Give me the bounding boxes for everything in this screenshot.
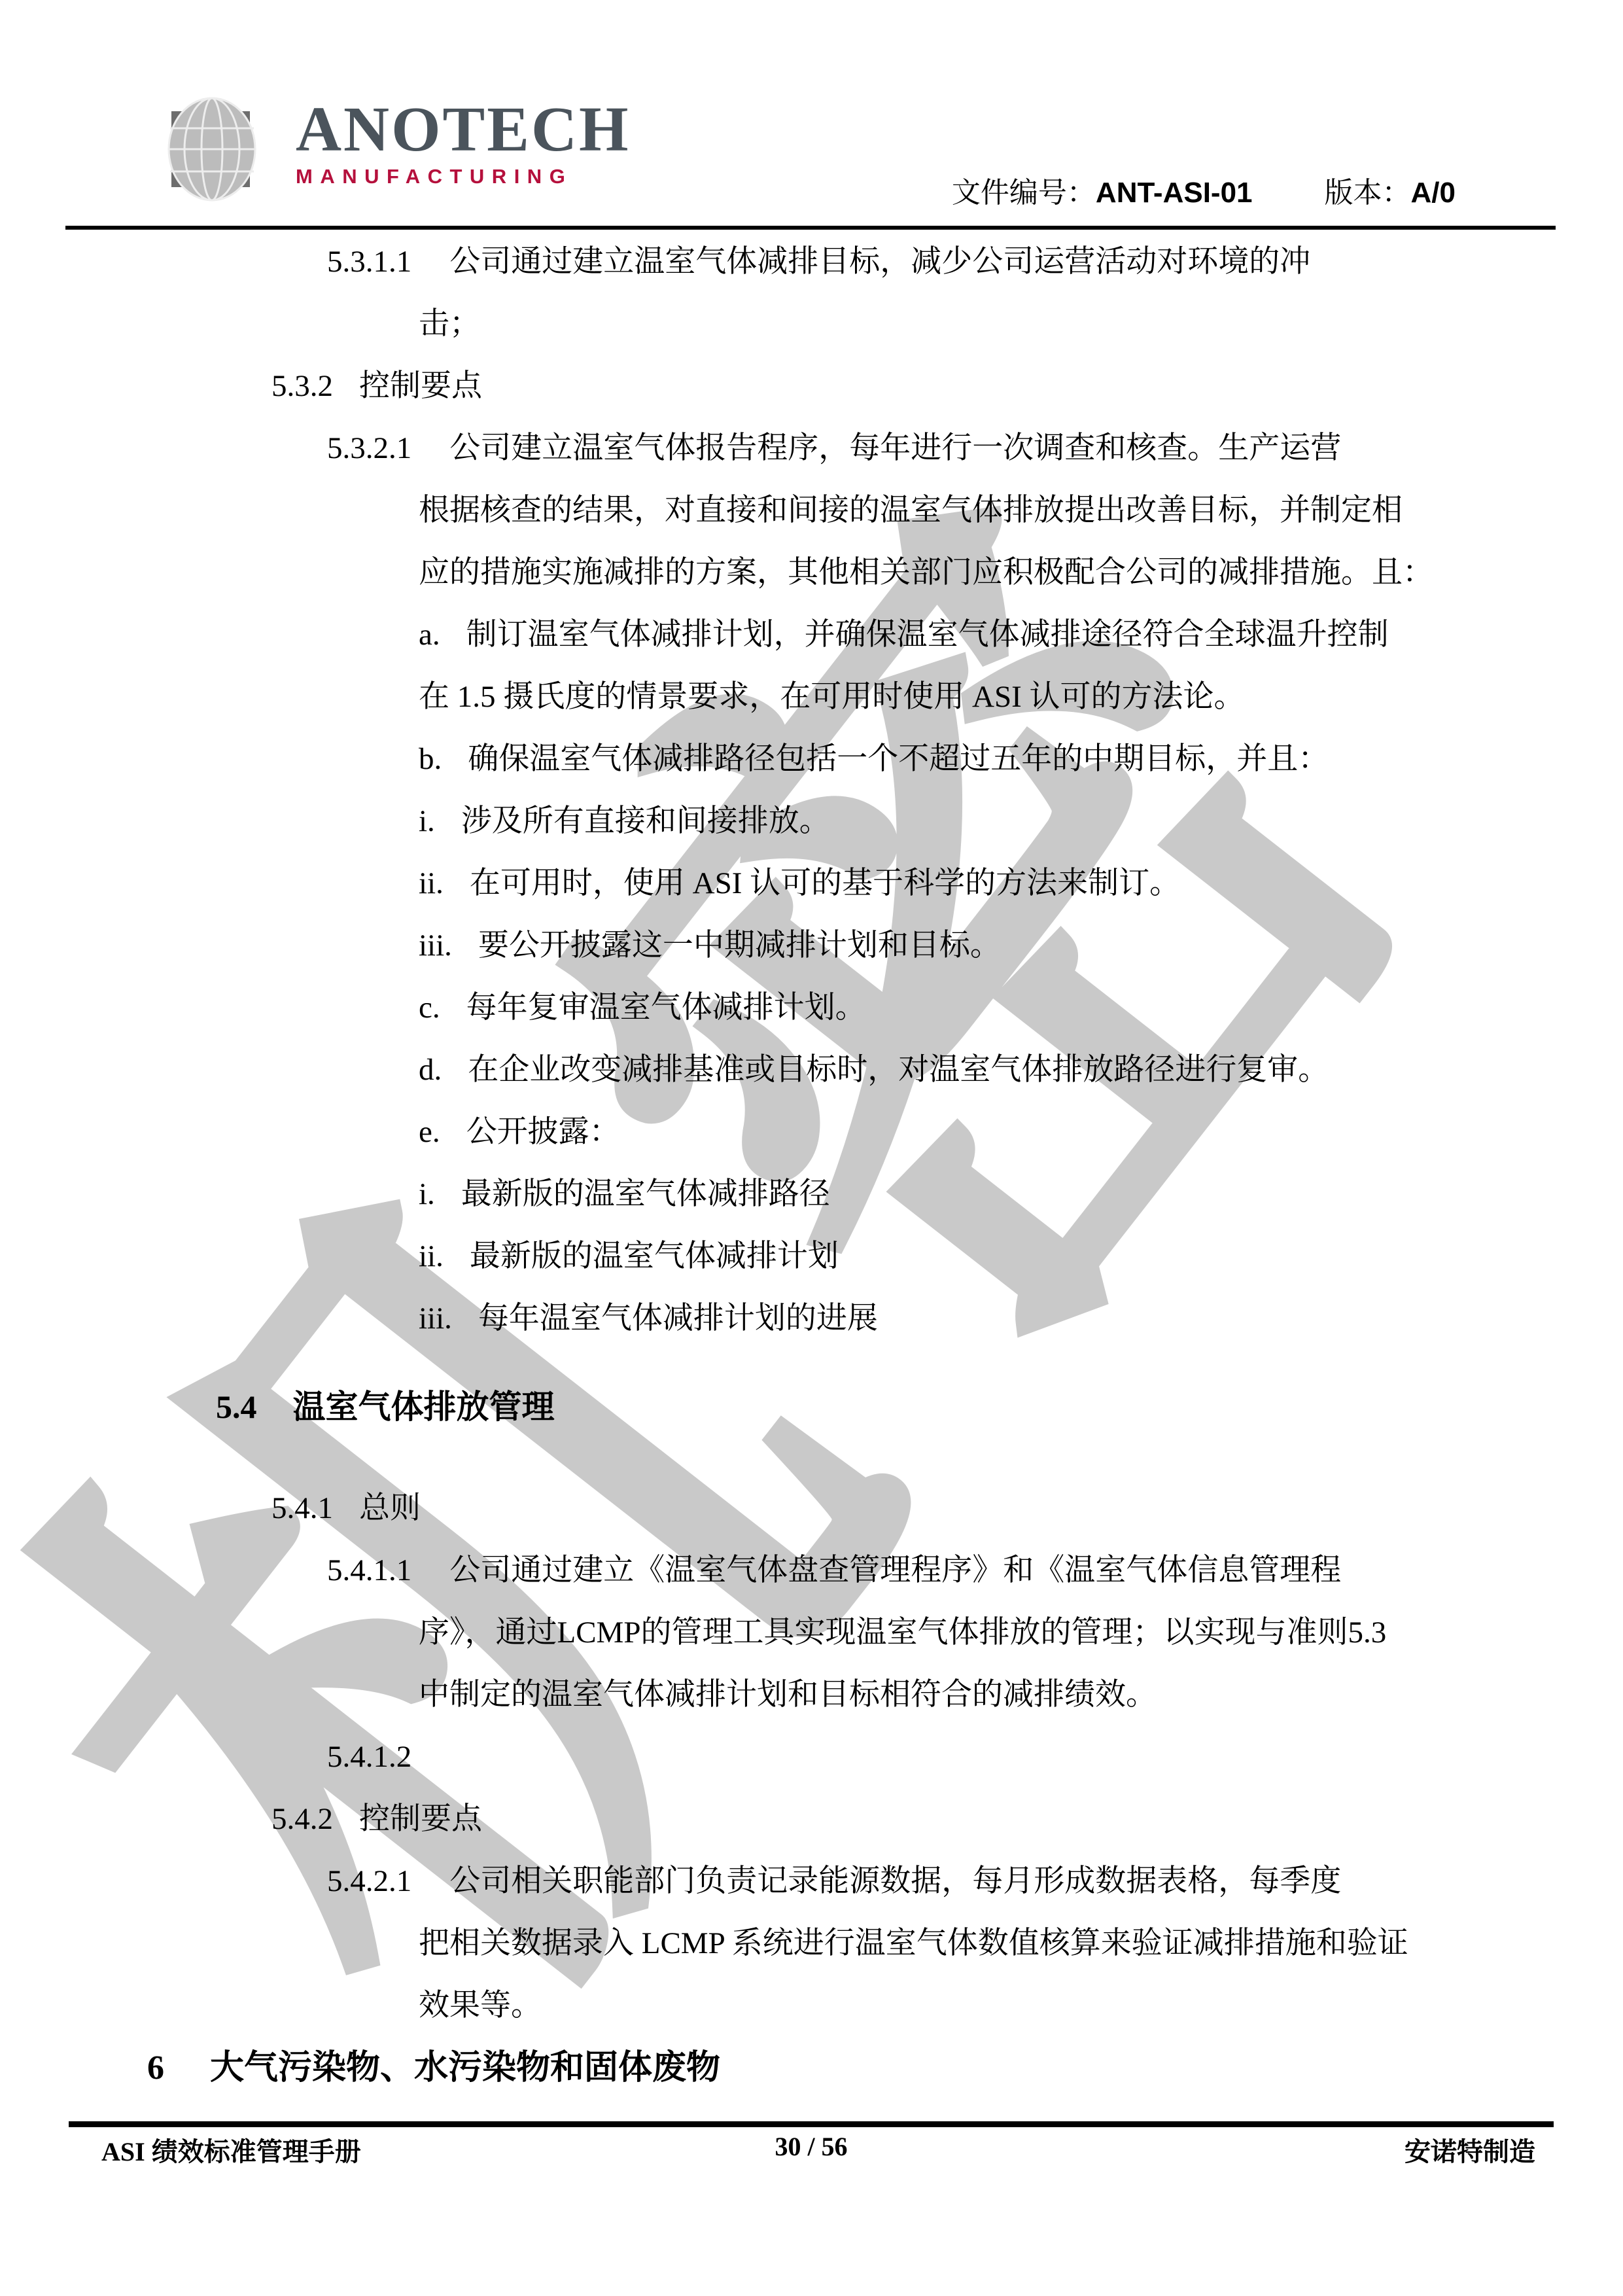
paragraph-first-line: ii.最新版的温室气体减排计划 bbox=[419, 1226, 1623, 1288]
paragraph-iii.: iii.每年温室气体减排计划的进展 bbox=[419, 1288, 1623, 1350]
paragraph-i.: i.涉及所有直接和间接排放。 bbox=[419, 790, 1623, 853]
paragraph-first-line: 6大气污染物、水污染物和固体废物 bbox=[147, 2037, 1623, 2099]
page-header: ANOTECH MANUFACTURING 文件编号：ANT-ASI-01版本：… bbox=[0, 0, 1623, 230]
paragraph-first-line: d.在企业改变减排基准或目标时，对温室气体排放路径进行复审。 bbox=[419, 1039, 1623, 1101]
logo-brand-name: ANOTECH bbox=[296, 96, 630, 164]
item-number: 5.4.1.1 bbox=[327, 1540, 411, 1602]
footer-page-number: 30 / 56 bbox=[775, 2131, 847, 2162]
paragraph-5.4.1.1: 5.4.1.1公司通过建立《温室气体盘查管理程序》和《温室气体信息管理程序》，通… bbox=[327, 1540, 1623, 1726]
paragraph-first-line: c.每年复审温室气体减排计划。 bbox=[419, 977, 1623, 1039]
item-number: e. bbox=[419, 1101, 440, 1163]
paragraph-iii.: iii.要公开披露这一中期减排计划和目标。 bbox=[419, 915, 1623, 977]
paragraph-first-line: ii.在可用时，使用 ASI 认可的基于科学的方法来制订。 bbox=[419, 853, 1623, 915]
logo-brand-subtitle: MANUFACTURING bbox=[296, 164, 630, 190]
item-number: iii. bbox=[419, 1288, 452, 1350]
version-value: A/0 bbox=[1411, 177, 1456, 209]
version-label: 版本： bbox=[1325, 177, 1411, 209]
item-number: 5.4 bbox=[216, 1376, 257, 1438]
paragraph-first-line: b.确保温室气体减排路径包括一个不超过五年的中期目标，并且： bbox=[419, 728, 1623, 790]
item-text: 涉及所有直接和间接排放。 bbox=[461, 804, 830, 838]
item-number: 5.4.2 bbox=[271, 1788, 333, 1850]
paragraph-first-line: iii.每年温室气体减排计划的进展 bbox=[419, 1288, 1623, 1350]
paragraph-b.: b.确保温室气体减排路径包括一个不超过五年的中期目标，并且： bbox=[419, 728, 1623, 790]
paragraph-first-line: 5.4.1.1公司通过建立《温室气体盘查管理程序》和《温室气体信息管理程 bbox=[327, 1540, 1623, 1602]
item-text: 确保温室气体减排路径包括一个不超过五年的中期目标，并且： bbox=[468, 742, 1329, 776]
paragraph-i.: i.最新版的温室气体减排路径 bbox=[419, 1163, 1623, 1226]
paragraph-first-line: 5.3.2控制要点 bbox=[271, 355, 1623, 417]
paragraph-5.4.2.1: 5.4.2.1公司相关职能部门负责记录能源数据，每月形成数据表格，每季度把相关数… bbox=[327, 1850, 1623, 2037]
paragraph-first-line: 5.3.1.1公司通过建立温室气体减排目标，减少公司运营活动对环境的冲 bbox=[327, 231, 1623, 293]
doc-number-label: 文件编号： bbox=[952, 177, 1096, 209]
item-number: a. bbox=[419, 604, 440, 666]
item-text: 最新版的温室气体减排计划 bbox=[470, 1239, 839, 1273]
item-number: 5.4.2.1 bbox=[327, 1850, 411, 1913]
doc-number-value: ANT-ASI-01 bbox=[1096, 177, 1253, 209]
item-number: 5.3.2 bbox=[271, 355, 333, 417]
item-text: 制订温室气体减排计划，并确保温室气体减排途径符合全球温升控制 bbox=[466, 618, 1389, 652]
item-text: 温室气体排放管理 bbox=[293, 1388, 555, 1425]
paragraph-ii.: ii.在可用时，使用 ASI 认可的基于科学的方法来制订。 bbox=[419, 853, 1623, 915]
paragraph-first-line: 5.4.2控制要点 bbox=[271, 1788, 1623, 1850]
paragraph-5.4.2: 5.4.2控制要点 bbox=[271, 1788, 1623, 1850]
paragraph-first-line: 5.3.2.1公司建立温室气体报告程序，每年进行一次调查和核查。生产运营 bbox=[327, 417, 1623, 480]
paragraph-5.4: 5.4温室气体排放管理 bbox=[216, 1376, 1623, 1438]
paragraph-first-line: iii.要公开披露这一中期减排计划和目标。 bbox=[419, 915, 1623, 977]
item-number: 5.3.2.1 bbox=[327, 417, 411, 480]
paragraph-d.: d.在企业改变减排基准或目标时，对温室气体排放路径进行复审。 bbox=[419, 1039, 1623, 1101]
item-number: b. bbox=[419, 728, 442, 790]
paragraph-first-line: 5.4.1.2 bbox=[327, 1726, 1623, 1788]
paragraph-first-line: i.涉及所有直接和间接排放。 bbox=[419, 790, 1623, 853]
footer-row: ASI 绩效标准管理手册 30 / 56 安诺特制造 bbox=[69, 2127, 1554, 2170]
document-meta: 文件编号：ANT-ASI-01版本：A/0 bbox=[952, 169, 1456, 211]
item-number: 6 bbox=[147, 2037, 164, 2099]
paragraph-c.: c.每年复审温室气体减排计划。 bbox=[419, 977, 1623, 1039]
paragraph-5.4.1: 5.4.1总则 bbox=[271, 1477, 1623, 1540]
item-text-continued: 效果等。 bbox=[419, 1975, 1623, 2037]
paragraph-first-line: 5.4.1总则 bbox=[271, 1477, 1623, 1540]
paragraph-first-line: i.最新版的温室气体减排路径 bbox=[419, 1163, 1623, 1226]
item-text: 公司相关职能部门负责记录能源数据，每月形成数据表格，每季度 bbox=[449, 1864, 1341, 1898]
item-number: i. bbox=[419, 1163, 435, 1226]
item-number: 5.4.1 bbox=[271, 1477, 333, 1540]
paragraph-5.3.1.1: 5.3.1.1公司通过建立温室气体减排目标，减少公司运营活动对环境的冲击； bbox=[327, 231, 1623, 355]
paragraph-5.4.1.2: 5.4.1.2 bbox=[327, 1726, 1623, 1788]
globe-logo-icon bbox=[162, 96, 287, 202]
item-number: iii. bbox=[419, 915, 452, 977]
item-number: i. bbox=[419, 790, 435, 853]
item-text: 总则 bbox=[359, 1491, 421, 1525]
item-number: c. bbox=[419, 977, 440, 1039]
paragraph-5.3.2: 5.3.2控制要点 bbox=[271, 355, 1623, 417]
item-text: 最新版的温室气体减排路径 bbox=[461, 1177, 830, 1211]
footer-manual-title: ASI 绩效标准管理手册 bbox=[101, 2131, 361, 2168]
item-text-continued: 根据核查的结果，对直接和间接的温室气体排放提出改善目标，并制定相 bbox=[419, 480, 1623, 542]
page-footer: ASI 绩效标准管理手册 30 / 56 安诺特制造 bbox=[69, 2121, 1554, 2170]
item-text-continued: 把相关数据录入 LCMP 系统进行温室气体数值核算来验证减排措施和验证 bbox=[419, 1913, 1623, 1975]
item-text: 每年温室气体减排计划的进展 bbox=[478, 1301, 878, 1335]
item-text: 要公开披露这一中期减排计划和目标。 bbox=[478, 928, 1001, 963]
item-text: 每年复审温室气体减排计划。 bbox=[466, 991, 866, 1025]
logo-text: ANOTECH MANUFACTURING bbox=[296, 96, 630, 190]
item-number: 5.4.1.2 bbox=[327, 1726, 411, 1788]
item-text-continued: 击； bbox=[419, 293, 1623, 355]
item-text-continued: 在 1.5 摄氏度的情景要求，在可用时使用 ASI 认可的方法论。 bbox=[419, 666, 1623, 728]
header-rule bbox=[65, 226, 1556, 230]
item-text-continued: 中制定的温室气体减排计划和目标相符合的减排绩效。 bbox=[419, 1664, 1623, 1726]
paragraph-first-line: 5.4.2.1公司相关职能部门负责记录能源数据，每月形成数据表格，每季度 bbox=[327, 1850, 1623, 1913]
item-text: 公司通过建立温室气体减排目标，减少公司运营活动对环境的冲 bbox=[449, 245, 1310, 279]
item-number: ii. bbox=[419, 853, 444, 915]
paragraph-e.: e.公开披露： bbox=[419, 1101, 1623, 1163]
item-number: ii. bbox=[419, 1226, 444, 1288]
paragraph-6: 6大气污染物、水污染物和固体废物 bbox=[147, 2037, 1623, 2099]
item-text: 公司建立温室气体报告程序，每年进行一次调查和核查。生产运营 bbox=[449, 431, 1341, 465]
item-text: 控制要点 bbox=[359, 369, 482, 403]
item-number: 5.3.1.1 bbox=[327, 231, 411, 293]
paragraph-5.3.2.1: 5.3.2.1公司建立温室气体报告程序，每年进行一次调查和核查。生产运营根据核查… bbox=[327, 417, 1623, 604]
item-text: 控制要点 bbox=[359, 1802, 482, 1836]
item-text: 公开披露： bbox=[466, 1115, 620, 1149]
paragraph-a.: a.制订温室气体减排计划，并确保温室气体减排途径符合全球温升控制在 1.5 摄氏… bbox=[419, 604, 1623, 728]
item-text-continued: 应的措施实施减排的方案，其他相关部门应积极配合公司的减排措施。且： bbox=[419, 542, 1623, 604]
paragraph-ii.: ii.最新版的温室气体减排计划 bbox=[419, 1226, 1623, 1288]
item-text: 在可用时，使用 ASI 认可的基于科学的方法来制订。 bbox=[470, 866, 1180, 900]
item-text: 在企业改变减排基准或目标时，对温室气体排放路径进行复审。 bbox=[468, 1053, 1329, 1087]
footer-company-name: 安诺特制造 bbox=[1405, 2131, 1535, 2168]
document-body: 5.3.1.1公司通过建立温室气体减排目标，减少公司运营活动对环境的冲击；5.3… bbox=[0, 231, 1623, 2099]
item-number: d. bbox=[419, 1039, 442, 1101]
paragraph-first-line: e.公开披露： bbox=[419, 1101, 1623, 1163]
paragraph-first-line: 5.4温室气体排放管理 bbox=[216, 1376, 1623, 1438]
company-logo: ANOTECH MANUFACTURING bbox=[162, 96, 630, 202]
paragraph-first-line: a.制订温室气体减排计划，并确保温室气体减排途径符合全球温升控制 bbox=[419, 604, 1623, 666]
item-text: 大气污染物、水污染物和固体废物 bbox=[210, 2049, 720, 2087]
document-page: 机密 ANOTECH MANUFACTURING 文件编号：ANT-ASI-01… bbox=[0, 0, 1623, 2296]
item-text: 公司通过建立《温室气体盘查管理程序》和《温室气体信息管理程 bbox=[449, 1553, 1341, 1587]
item-text-continued: 序》，通过LCMP的管理工具实现温室气体排放的管理；以实现与准则5.3 bbox=[419, 1602, 1623, 1664]
